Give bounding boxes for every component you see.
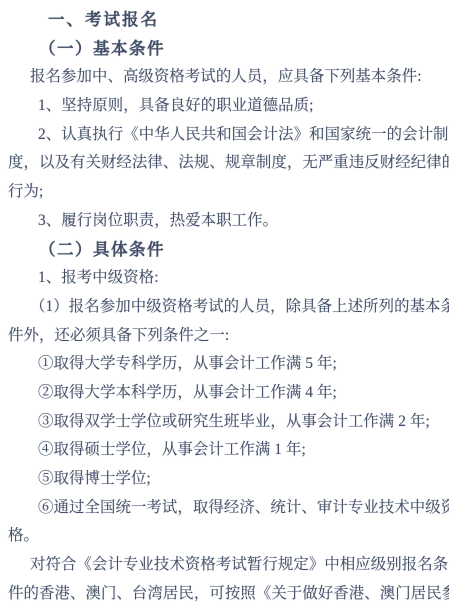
list-item-line: ④取得硕士学位，从事会计工作满 1 年; — [38, 436, 445, 465]
paragraph-first-line: 报名参加中、高级资格考试的人员，应具备下列基本条件: — [30, 63, 445, 92]
paragraph-first-line: （1）报名参加中级资格考试的人员，除具备上述所列的基本条 — [30, 293, 445, 322]
continuation-line: 行为; — [8, 178, 445, 207]
list-item-line: 3、履行岗位职责，热爱本职工作。 — [38, 207, 445, 236]
list-item-line: ②取得大学本科学历，从事会计工作满 4 年; — [38, 379, 445, 408]
subsection-heading: （二）具体条件 — [39, 236, 445, 265]
list-item-line: 1、坚持原则，具备良好的职业道德品质; — [38, 92, 445, 121]
list-item-line: ⑥通过全国统一考试，取得经济、统计、审计专业技术中级资 — [38, 494, 445, 523]
continuation-line: 件外，还必须具备下列条件之一: — [8, 322, 445, 351]
document-page: 一、考试报名（一）基本条件报名参加中、高级资格考试的人员，应具备下列基本条件:1… — [0, 0, 449, 612]
continuation-line: 格。 — [8, 522, 445, 551]
subsection-heading: （一）基本条件 — [39, 35, 445, 64]
list-item-line: ③取得双学士学位或研究生班毕业，从事会计工作满 2 年; — [38, 408, 445, 437]
list-item-line: 2、认真执行《中华人民共和国会计法》和国家统一的会计制 — [38, 121, 445, 150]
continuation-line: 件的香港、澳门、台湾居民，可按照《关于做好香港、澳门居民参 — [8, 580, 445, 609]
list-item-line: 1、报考中级资格: — [38, 264, 445, 293]
list-item-line: ①取得大学专科学历，从事会计工作满 5 年; — [38, 350, 445, 379]
list-item-line: ⑤取得博士学位; — [38, 465, 445, 494]
document-body: 一、考试报名（一）基本条件报名参加中、高级资格考试的人员，应具备下列基本条件:1… — [8, 6, 445, 608]
section-heading: 一、考试报名 — [48, 6, 445, 35]
paragraph-first-line: 对符合《会计专业技术资格考试暂行规定》中相应级别报名条 — [30, 551, 445, 580]
continuation-line: 度，以及有关财经法律、法规、规章制度，无严重违反财经纪律的 — [8, 149, 445, 178]
